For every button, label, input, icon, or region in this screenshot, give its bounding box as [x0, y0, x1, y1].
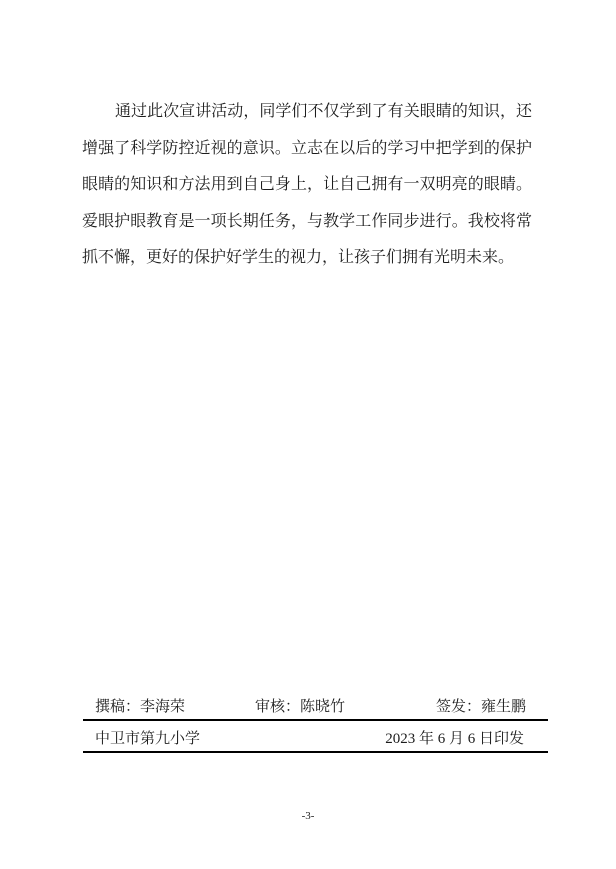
- issuer-field: 签发：雍生鹏: [436, 697, 526, 718]
- footer-divider-bottom: [83, 751, 548, 753]
- body-paragraph: 通过此次宣讲活动，同学们不仅学到了有关眼睛的知识，还增强了科学防控近视的意识。立…: [82, 94, 532, 277]
- page-number: -3-: [0, 810, 616, 822]
- footer-sign-row: 撰稿：李海荣 审核：陈晓竹 签发：雍生鹏: [83, 697, 548, 718]
- document-page: 通过此次宣讲活动，同学们不仅学到了有关眼睛的知识，还增强了科学防控近视的意识。立…: [0, 0, 616, 869]
- reviewer-field: 审核：陈晓竹: [255, 697, 345, 718]
- drafter-field: 撰稿：李海荣: [95, 697, 185, 718]
- footer-divider-top: [83, 719, 548, 721]
- footer-issue-row: 中卫市第九小学 2023 年 6 月 6 日印发: [83, 729, 548, 750]
- organization-name: 中卫市第九小学: [95, 729, 200, 750]
- print-date: 2023 年 6 月 6 日印发: [385, 729, 524, 750]
